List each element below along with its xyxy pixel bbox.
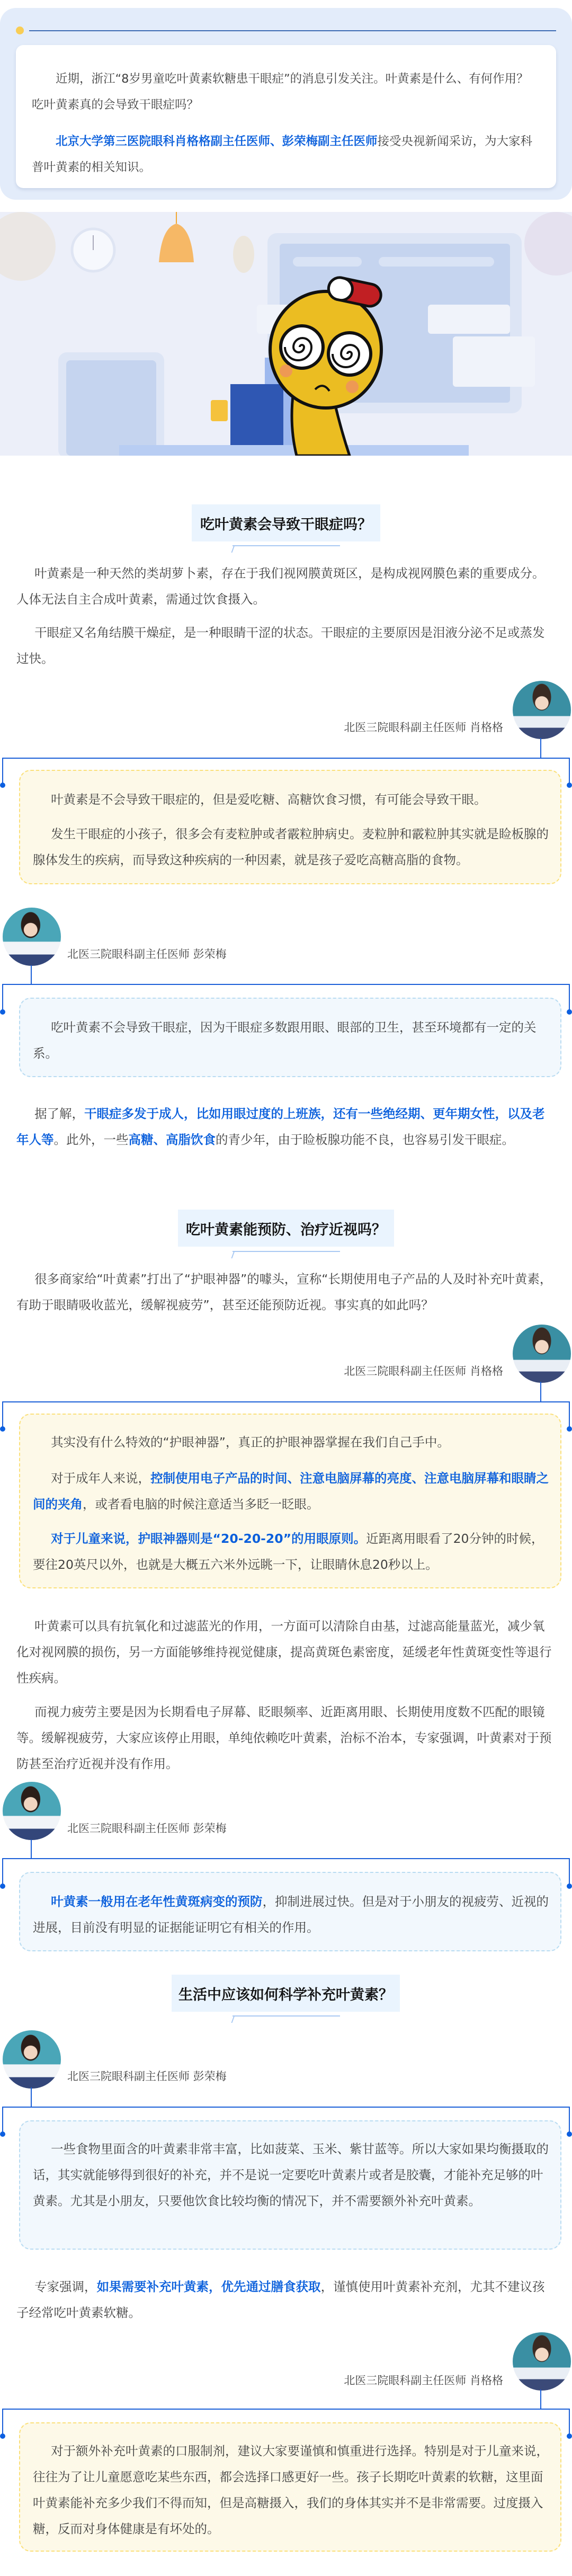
- highlight-text: 如果需要补充叶黄素，优先通过膳食获取: [97, 2279, 321, 2294]
- hero-illustration: [0, 212, 572, 456]
- section-heading-dry-eye: 吃叶黄素会导致干眼症吗？: [192, 504, 380, 541]
- quote-text: 对于成年人来说，控制使用电子产品的时间、注意电脑屏幕的亮度、注意电脑屏幕和眼睛之…: [33, 1465, 549, 1517]
- connector-line: [540, 738, 541, 758]
- connector-line: [569, 2409, 570, 2436]
- text: 对于成年人来说，: [51, 1471, 150, 1486]
- paragraph-visual-fatigue: 而视力疲劳主要是因为长期看电子屏幕、眨眼频率、近距离用眼、长期使用度数不匹配的眼…: [16, 1699, 557, 1777]
- highlight-text: 高糖、高脂饮食: [129, 1132, 216, 1147]
- connector-line: [2, 2409, 3, 2436]
- intro-paragraph: 近期，浙江“8岁男童吃叶黄素软糖患干眼症”的消息引发关注。叶黄素是什么、有何作用…: [32, 66, 540, 118]
- connector-line: [2, 984, 570, 985]
- connector-dot-icon: [567, 783, 572, 788]
- doctor-label-xiao: 北医三院眼科副主任医师 肖格格: [344, 2372, 503, 2388]
- connector-line: [2, 1401, 3, 1429]
- highlight-text: 叶黄素一般用在老年性黄斑病变的预防: [51, 1894, 263, 1909]
- doctor-avatar-peng: [3, 2030, 61, 2089]
- quote-box-xiao-dry-eye: 叶黄素是不会导致干眼症的，但是爱吃糖、高糖饮食习惯，有可能会导致干眼。 发生干眼…: [19, 770, 561, 884]
- connector-line: [2, 2107, 570, 2108]
- connector-line: [31, 1840, 32, 1859]
- paragraph-marketing-claims: 很多商家给“叶黄素”打出了“护眼神器”的噱头，宣称“长期使用电子产品的人及时补充…: [16, 1266, 557, 1318]
- decor-line: [29, 30, 556, 31]
- connector-dot-icon: [0, 1426, 5, 1432]
- quote-box-xiao-supplements: 对于额外补充叶黄素的口服制剂，建议大家要谨慎和慎重进行选择。特别是对于儿童来说，…: [19, 2422, 561, 2552]
- heading-pointer: [233, 1251, 340, 1258]
- quote-text: 叶黄素一般用在老年性黄斑病变的预防，抑制进展过快。但是对于小朋友的视疲劳、近视的…: [33, 1889, 549, 1941]
- section-heading-myopia: 吃叶黄素能预防、治疗近视吗？: [178, 1210, 394, 1247]
- doctor-avatar-peng: [3, 908, 61, 966]
- connector-line: [569, 758, 570, 785]
- text: 的青少年，由于睑板腺功能不良，也容易引发干眼症。: [216, 1132, 514, 1147]
- section-heading-supplement: 生活中应该如何科学补充叶黄素？: [172, 1975, 400, 2012]
- cartoon-illustration-icon: [0, 212, 572, 456]
- paragraph-expert-advice: 专家强调，如果需要补充叶黄素，优先通过膳食获取，谨慎使用叶黄素补充剂，尤其不建议…: [16, 2274, 557, 2326]
- doctor-avatar-xiao: [513, 1325, 571, 1383]
- quote-text: 发生干眼症的小孩子，很多会有麦粒肿或者霰粒肿病史。麦粒肿和霰粒肿其实就是睑板腺的…: [33, 821, 549, 873]
- connector-line: [2, 1858, 570, 1859]
- text: 。此外，一些: [54, 1132, 129, 1147]
- quote-box-peng-diet: 一些食物里面含的叶黄素非常丰富，比如菠菜、玉米、紫甘蓝等。所以大家如果均衡摄取的…: [19, 2120, 561, 2250]
- text: 据了解，: [34, 1106, 84, 1121]
- doctor-label-peng: 北医三院眼科副主任医师 彭荣梅: [67, 2068, 227, 2084]
- connector-line: [2, 1401, 570, 1402]
- doctor-avatar-xiao: [513, 681, 571, 739]
- text: 专家强调，: [34, 2279, 97, 2294]
- doctor-label-xiao: 北医三院眼科副主任医师 肖格格: [344, 1363, 503, 1379]
- quote-box-peng-dry-eye: 吃叶黄素不会导致干眼症，因为干眼症多数跟用眼、眼部的卫生，甚至环境都有一定的关系…: [19, 998, 561, 1077]
- connector-line: [569, 2107, 570, 2134]
- quote-text: 对于儿童来说，护眼神器则是“20-20-20”的用眼原则。近距离用眼看了20分钟…: [33, 1526, 549, 1578]
- quote-text: 一些食物里面含的叶黄素非常丰富，比如菠菜、玉米、紫甘蓝等。所以大家如果均衡摄取的…: [33, 2136, 549, 2214]
- decor-dot-icon: [16, 26, 24, 34]
- connector-dot-icon: [567, 1009, 572, 1015]
- quote-text: 吃叶黄素不会导致干眼症，因为干眼症多数跟用眼、眼部的卫生，甚至环境都有一定的关系…: [33, 1015, 549, 1067]
- connector-dot-icon: [0, 1884, 5, 1889]
- connector-line: [540, 1382, 541, 1402]
- connector-line: [2, 758, 570, 759]
- connector-line: [2, 1858, 3, 1886]
- connector-line: [569, 1858, 570, 1886]
- connector-line: [2, 2107, 3, 2134]
- text: ，或者看电脑的时候注意适当多眨一眨眼。: [83, 1497, 319, 1512]
- connector-line: [2, 2409, 570, 2410]
- quote-text: 对于额外补充叶黄素的口服制剂，建议大家要谨慎和慎重进行选择。特别是对于儿童来说，…: [33, 2438, 549, 2542]
- connector-line: [31, 2088, 32, 2107]
- heading-pointer: [233, 545, 340, 553]
- quote-text: 叶黄素是不会导致干眼症的，但是爱吃糖、高糖饮食习惯，有可能会导致干眼。: [33, 787, 549, 813]
- intro-paragraph-2: 北京大学第三医院眼科肖格格副主任医师、彭荣梅副主任医师接受央视新闻采访，为大家科…: [32, 129, 540, 181]
- doctor-label-peng: 北医三院眼科副主任医师 彭荣梅: [67, 1820, 227, 1836]
- connector-line: [2, 758, 3, 785]
- connector-line: [569, 984, 570, 1011]
- connector-dot-icon: [0, 2131, 5, 2137]
- expert-names-link: 北京大学第三医院眼科肖格格副主任医师、彭荣梅副主任医师: [56, 135, 378, 148]
- heading-pointer: [233, 2015, 340, 2023]
- connector-line: [2, 984, 3, 1011]
- quote-text: 其实没有什么特效的“护眼神器”，真正的护眼神器掌握在我们自己手中。: [33, 1429, 549, 1455]
- connector-line: [569, 1401, 570, 1429]
- quote-box-peng-myopia: 叶黄素一般用在老年性黄斑病变的预防，抑制进展过快。但是对于小朋友的视疲劳、近视的…: [19, 1872, 561, 1951]
- connector-dot-icon: [0, 783, 5, 788]
- connector-line: [31, 965, 32, 985]
- intro-card: 近期，浙江“8岁男童吃叶黄素软糖患干眼症”的消息引发关注。叶黄素是什么、有何作用…: [16, 45, 556, 188]
- connector-line: [540, 2390, 541, 2410]
- connector-dot-icon: [567, 1884, 572, 1889]
- connector-dot-icon: [567, 2131, 572, 2137]
- highlight-text: 对于儿童来说，护眼神器则是“20-20-20”的用眼原则。: [51, 1531, 366, 1546]
- doctor-label-xiao: 北医三院眼科副主任医师 肖格格: [344, 719, 503, 735]
- connector-dot-icon: [0, 1009, 5, 1015]
- paragraph-antioxidant: 叶黄素可以具有抗氧化和过滤蓝光的作用，一方面可以清除自由基，过滤高能量蓝光，减少…: [16, 1613, 557, 1691]
- quote-box-xiao-eye-care: 其实没有什么特效的“护眼神器”，真正的护眼神器掌握在我们自己手中。 对于成年人来…: [19, 1414, 561, 1588]
- connector-dot-icon: [567, 2433, 572, 2439]
- connector-dot-icon: [0, 2433, 5, 2439]
- paragraph-dry-eye-definition: 干眼症又名角结膜干燥症，是一种眼睛干涩的状态。干眼症的主要原因是泪液分泌不足或蒸…: [16, 620, 557, 672]
- doctor-label-peng: 北医三院眼科副主任医师 彭荣梅: [67, 946, 227, 962]
- connector-dot-icon: [567, 1426, 572, 1432]
- paragraph-dry-eye-population: 据了解，干眼症多发于成人，比如用眼过度的上班族，还有一些绝经期、更年期女性，以及…: [16, 1101, 557, 1153]
- doctor-avatar-peng: [3, 1782, 61, 1840]
- paragraph-lutein-definition: 叶黄素是一种天然的类胡萝卜素，存在于我们视网膜黄斑区，是构成视网膜色素的重要成分…: [16, 561, 557, 612]
- doctor-avatar-xiao: [513, 2332, 571, 2391]
